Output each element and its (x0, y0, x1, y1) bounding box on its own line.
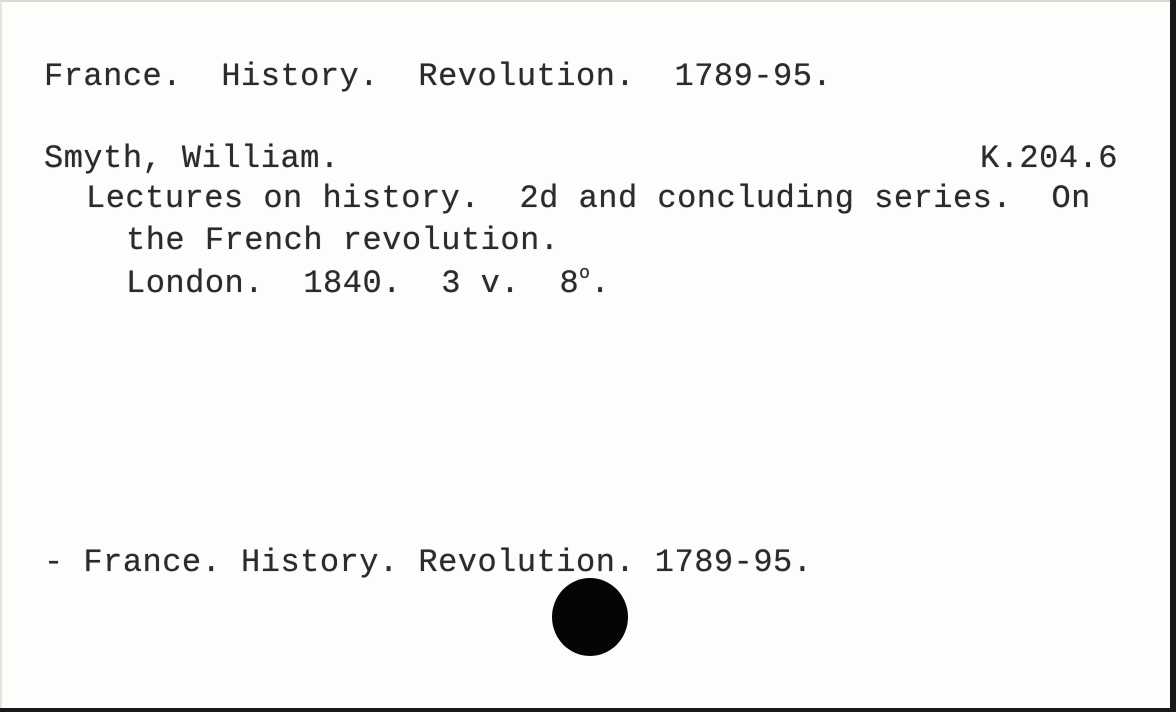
imprint-text: London. 1840. 3 v. 8 (126, 265, 579, 302)
subject-heading: France. History. Revolution. 1789-95. (44, 58, 832, 95)
punch-hole (552, 578, 628, 656)
title-line-2: the French revolution. (126, 222, 559, 259)
catalog-card: France. History. Revolution. 1789-95. Sm… (0, 0, 1170, 708)
title-line-1: Lectures on history. 2d and concluding s… (86, 180, 1091, 217)
imprint: London. 1840. 3 v. 8o. (126, 264, 610, 302)
author-entry: Smyth, William. (44, 140, 340, 177)
call-number: K.204.6 (980, 140, 1118, 177)
subject-tracing: - France. History. Revolution. 1789-95. (44, 544, 812, 581)
imprint-superscript: o (579, 264, 590, 284)
imprint-end: . (590, 265, 610, 302)
